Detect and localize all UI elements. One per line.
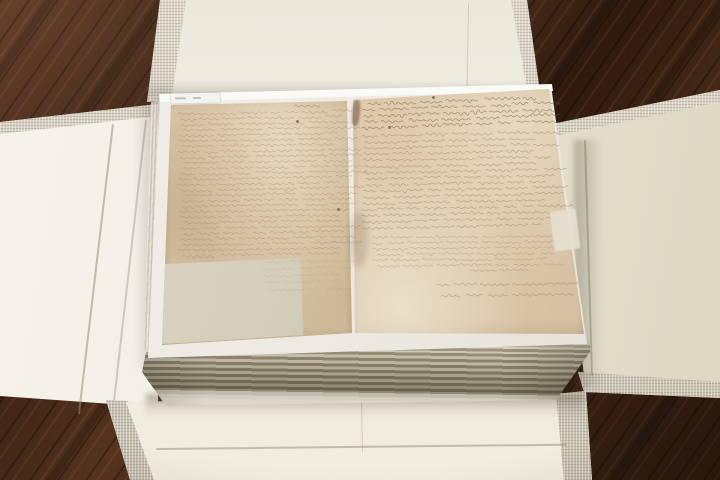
ink-speck xyxy=(296,120,299,123)
ink-speck xyxy=(432,96,435,99)
ink-speck xyxy=(388,126,391,129)
archival-label-tab xyxy=(171,92,220,103)
seam-stain xyxy=(350,212,368,268)
ink-speck xyxy=(337,208,340,211)
label-pencil-mark xyxy=(175,97,186,99)
repair-patch xyxy=(550,209,581,252)
photo-archival-manuscript-portfolio xyxy=(0,0,720,480)
label-pencil-mark xyxy=(193,97,201,99)
